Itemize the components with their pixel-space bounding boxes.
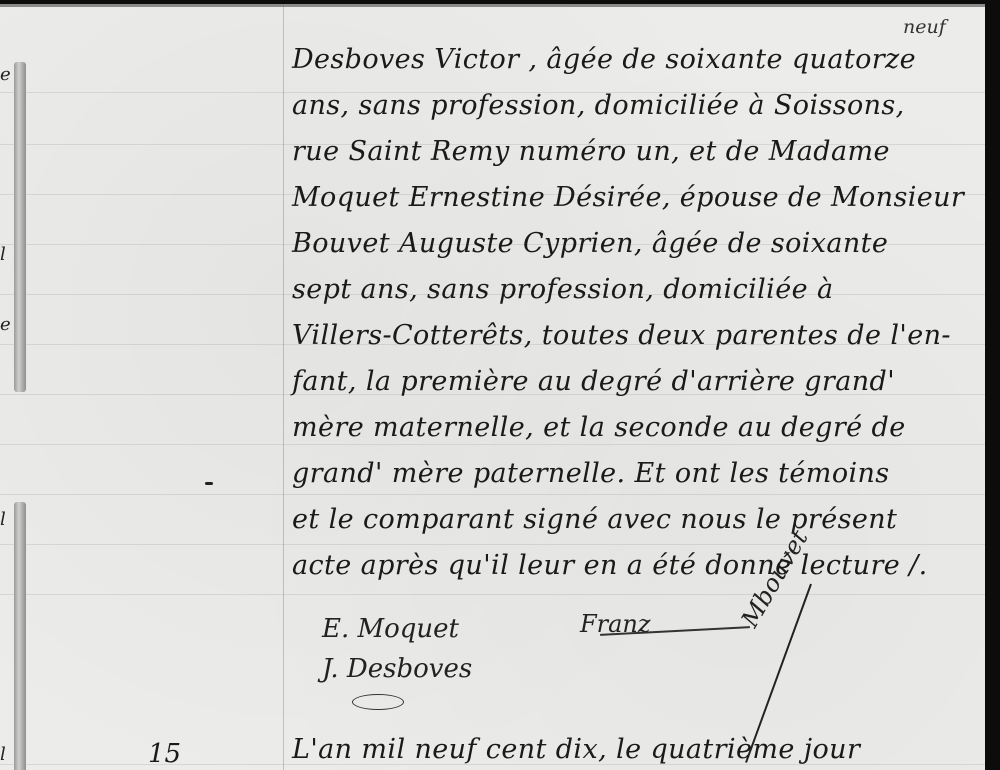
- signature-desboves: J. Desboves: [322, 654, 472, 684]
- binding-strip: [14, 62, 26, 392]
- cut-off-text-fragment: e: [0, 314, 11, 335]
- register-page: e l e l l neuf Desboves Victor , âgée de…: [0, 4, 985, 770]
- ruled-line: [0, 494, 985, 495]
- text-line: Desboves Victor , âgée de soixante quato…: [292, 44, 982, 75]
- text-line: et le comparant signé avec nous le prése…: [292, 504, 982, 535]
- ink-spot: [205, 482, 213, 485]
- text-line: Moquet Ernestine Désirée, épouse de Mons…: [292, 182, 982, 213]
- binding-strip: [14, 502, 26, 770]
- signature-moquet: E. Moquet: [322, 614, 459, 644]
- text-line: sept ans, sans profession, domiciliée à: [292, 274, 982, 305]
- entry-number: 15: [148, 739, 181, 769]
- ruled-line: [0, 544, 985, 545]
- text-line: Villers-Cotterêts, toutes deux parentes …: [292, 320, 982, 351]
- text-line: mère maternelle, et la seconde au degré …: [292, 412, 982, 443]
- next-entry-first-line: L'an mil neuf cent dix, le quatrième jou…: [292, 734, 982, 765]
- margin-line: [283, 4, 284, 770]
- ruled-line: [0, 444, 985, 445]
- ruled-line: [0, 594, 985, 595]
- text-line: grand' mère paternelle. Et ont les témoi…: [292, 458, 982, 489]
- text-line: acte après qu'il leur en a été donné lec…: [292, 550, 982, 581]
- signature-flourish: [352, 694, 404, 710]
- page-top-edge: [0, 4, 985, 7]
- cut-off-text-fragment: l: [0, 244, 6, 265]
- text-line: rue Saint Remy numéro un, et de Madame: [292, 136, 982, 167]
- cut-off-text-fragment: l: [0, 509, 6, 530]
- margin-note: neuf: [903, 16, 946, 38]
- cut-off-text-fragment: l: [0, 744, 6, 765]
- text-line: Bouvet Auguste Cyprien, âgée de soixante: [292, 228, 982, 259]
- text-line: ans, sans profession, domiciliée à Soiss…: [292, 90, 982, 121]
- cut-off-text-fragment: e: [0, 64, 11, 85]
- text-line: fant, la première au degré d'arrière gra…: [292, 366, 982, 397]
